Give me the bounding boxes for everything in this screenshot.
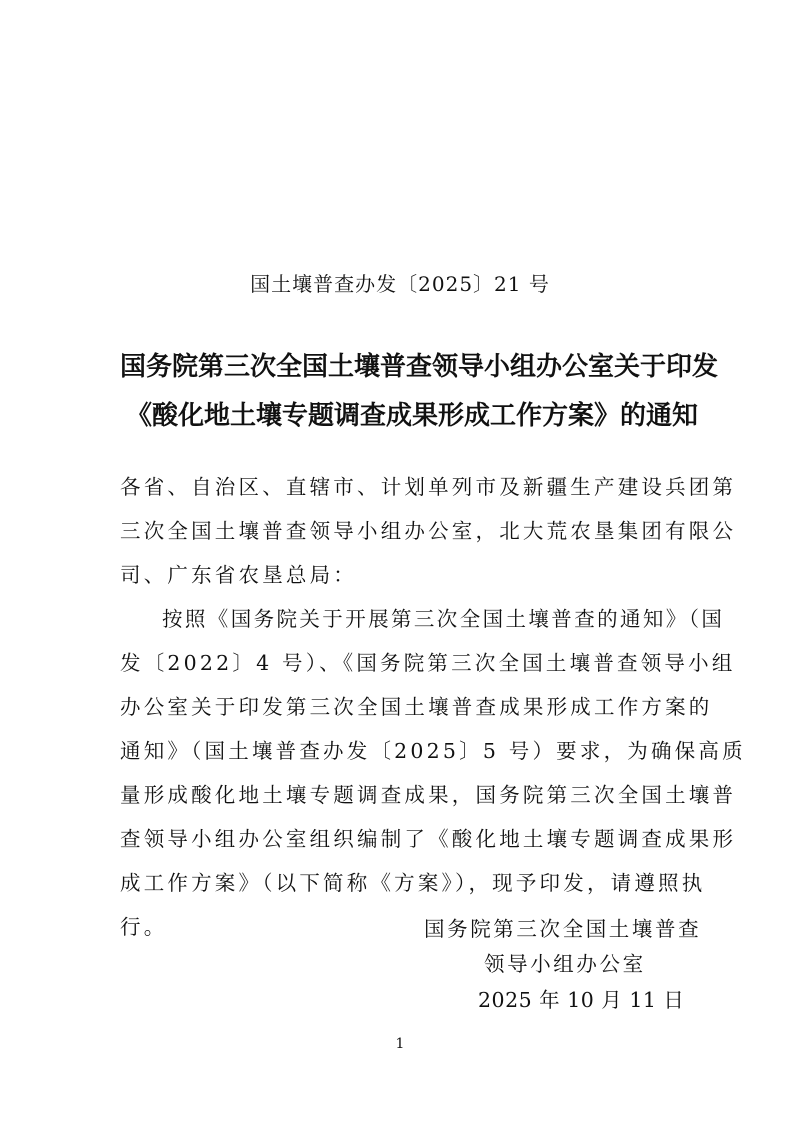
body-line-7: 成工作方案》（以下简称《方案》），现予印发，请遵照执 bbox=[120, 866, 682, 896]
addressee-line-3: 司、广东省农垦总局： bbox=[120, 558, 682, 588]
document-title-line-2: 《酸化地土壤专题调查成果形成工作方案》的通知 bbox=[126, 395, 686, 432]
document-title-line-1: 国务院第三次全国土壤普查领导小组办公室关于印发 bbox=[120, 346, 680, 383]
addressee-line-1: 各省、自治区、直辖市、计划单列市及新疆生产建设兵团第 bbox=[120, 470, 682, 500]
body-line-1: 按照《国务院关于开展第三次全国土壤普查的通知》（国 bbox=[162, 602, 724, 632]
page-number: 1 bbox=[0, 1036, 800, 1052]
body-line-2: 发〔2022〕4 号）、《国务院第三次全国土壤普查领导小组 bbox=[120, 646, 682, 676]
document-number: 国土壤普查办发〔2025〕21 号 bbox=[0, 268, 800, 297]
document-page: 国土壤普查办发〔2025〕21 号 国务院第三次全国土壤普查领导小组办公室关于印… bbox=[0, 0, 800, 1132]
addressee-line-2: 三次全国土壤普查领导小组办公室，北大荒农垦集团有限公 bbox=[120, 514, 682, 544]
signature-org-line-1: 国务院第三次全国土壤普查 bbox=[424, 912, 701, 942]
signature-org-line-2: 领导小组办公室 bbox=[484, 947, 646, 977]
body-line-3: 办公室关于印发第三次全国土壤普查成果形成工作方案的 bbox=[120, 690, 682, 720]
body-line-6: 查领导小组办公室组织编制了《酸化地土壤专题调查成果形 bbox=[120, 822, 682, 852]
body-line-5: 量形成酸化地土壤专题调查成果，国务院第三次全国土壤普 bbox=[120, 778, 682, 808]
signature-date: 2025 年 10 月 11 日 bbox=[478, 983, 684, 1013]
body-line-4: 通知》（国土壤普查办发〔2025〕5 号）要求，为确保高质 bbox=[120, 734, 682, 764]
